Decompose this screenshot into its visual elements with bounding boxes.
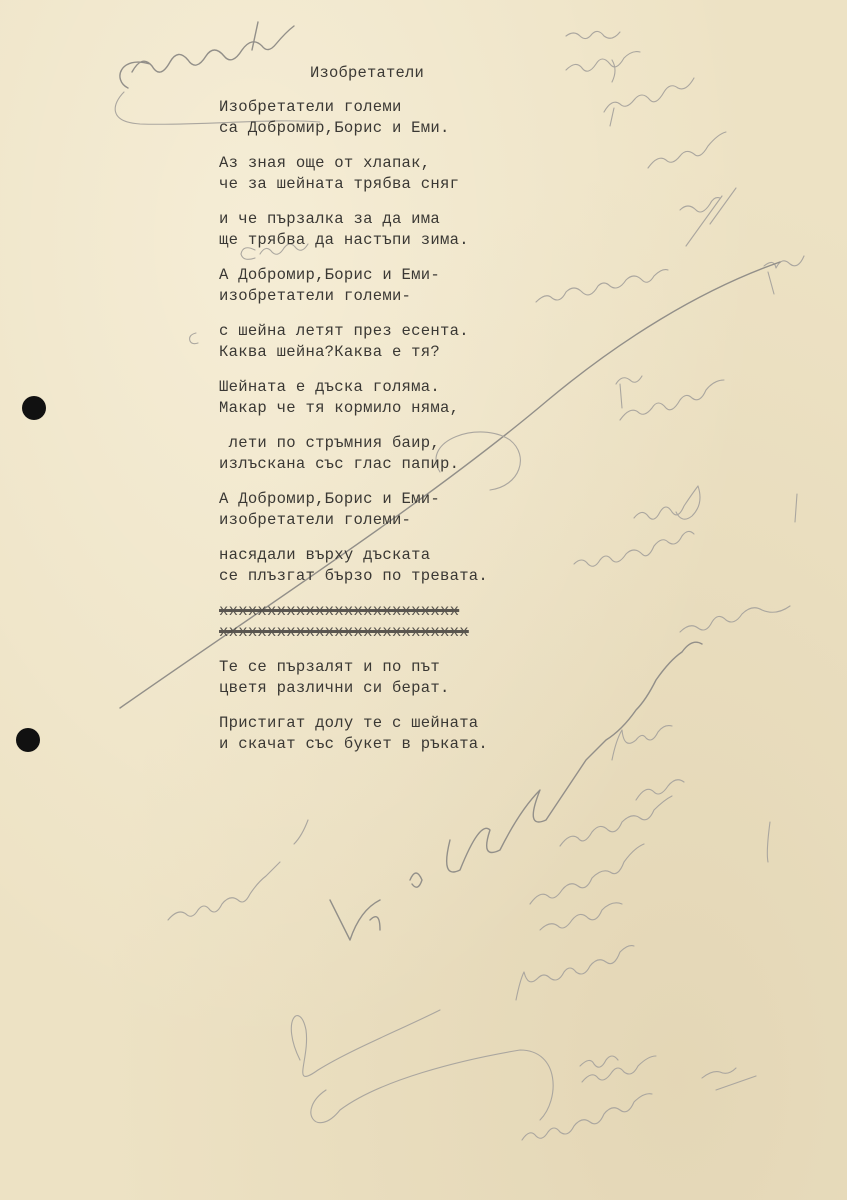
poem-line: изобретатели големи- xyxy=(219,286,549,307)
stanza: лети по стръмния баир, излъскана със гла… xyxy=(219,433,549,475)
punch-hole xyxy=(22,396,46,420)
poem-line: с шейна летят през есента. xyxy=(219,321,549,342)
poem-line: А Добромир,Борис и Еми- xyxy=(219,265,549,286)
poem-line: изобретатели големи- xyxy=(219,510,549,531)
poem-line: се плъзгат бързо по тревата. xyxy=(219,566,549,587)
poem-line: и скачат със букет в ръката. xyxy=(219,734,549,755)
poem-line: Каква шейна?Каква е тя? xyxy=(219,342,549,363)
document-title: Изобретатели xyxy=(310,64,424,82)
poem-line: А Добромир,Борис и Еми- xyxy=(219,489,549,510)
poem-line: Те се пързалят и по път xyxy=(219,657,549,678)
poem-line: насядали върху дъската xyxy=(219,545,549,566)
poem-line: че за шейната трябва сняг xyxy=(219,174,549,195)
poem-line: Пристигат долу те с шейната xyxy=(219,713,549,734)
stanza: и че пързалка за да има ще трябва да нас… xyxy=(219,209,549,251)
struck-line: xxxxxxxxxxxxxxxxxxxxxxxxx xyxy=(219,601,549,622)
poem-line: излъскана със глас папир. xyxy=(219,454,549,475)
poem-line: цветя различни си берат. xyxy=(219,678,549,699)
poem-line: Аз зная още от хлапак, xyxy=(219,153,549,174)
stanza: А Добромир,Борис и Еми- изобретатели гол… xyxy=(219,489,549,531)
struck-line: xxxxxxxxxxxxxxxxxxxxxxxxxx xyxy=(219,622,549,643)
poem-line: и че пързалка за да има xyxy=(219,209,549,230)
stanza: Шейната е дъска голяма. Макар че тя корм… xyxy=(219,377,549,419)
stanza: насядали върху дъската се плъзгат бързо … xyxy=(219,545,549,587)
punch-hole xyxy=(16,728,40,752)
poem-line: Шейната е дъска голяма. xyxy=(219,377,549,398)
stanza: А Добромир,Борис и Еми- изобретатели гол… xyxy=(219,265,549,307)
poem-line: лети по стръмния баир, xyxy=(219,433,549,454)
stanza: Те се пързалят и по път цветя различни с… xyxy=(219,657,549,699)
stanza: с шейна летят през есента. Каква шейна?К… xyxy=(219,321,549,363)
stanza: Аз зная още от хлапак, че за шейната тря… xyxy=(219,153,549,195)
poem-body: Изобретатели големи са Добромир,Борис и … xyxy=(219,97,549,769)
struck-out-stanza: xxxxxxxxxxxxxxxxxxxxxxxxx xxxxxxxxxxxxxx… xyxy=(219,601,549,643)
poem-line: Макар че тя кормило няма, xyxy=(219,398,549,419)
poem-line: са Добромир,Борис и Еми. xyxy=(219,118,549,139)
stanza: Пристигат долу те с шейната и скачат със… xyxy=(219,713,549,755)
stanza: Изобретатели големи са Добромир,Борис и … xyxy=(219,97,549,139)
poem-line: ще трябва да настъпи зима. xyxy=(219,230,549,251)
poem-line: Изобретатели големи xyxy=(219,97,549,118)
